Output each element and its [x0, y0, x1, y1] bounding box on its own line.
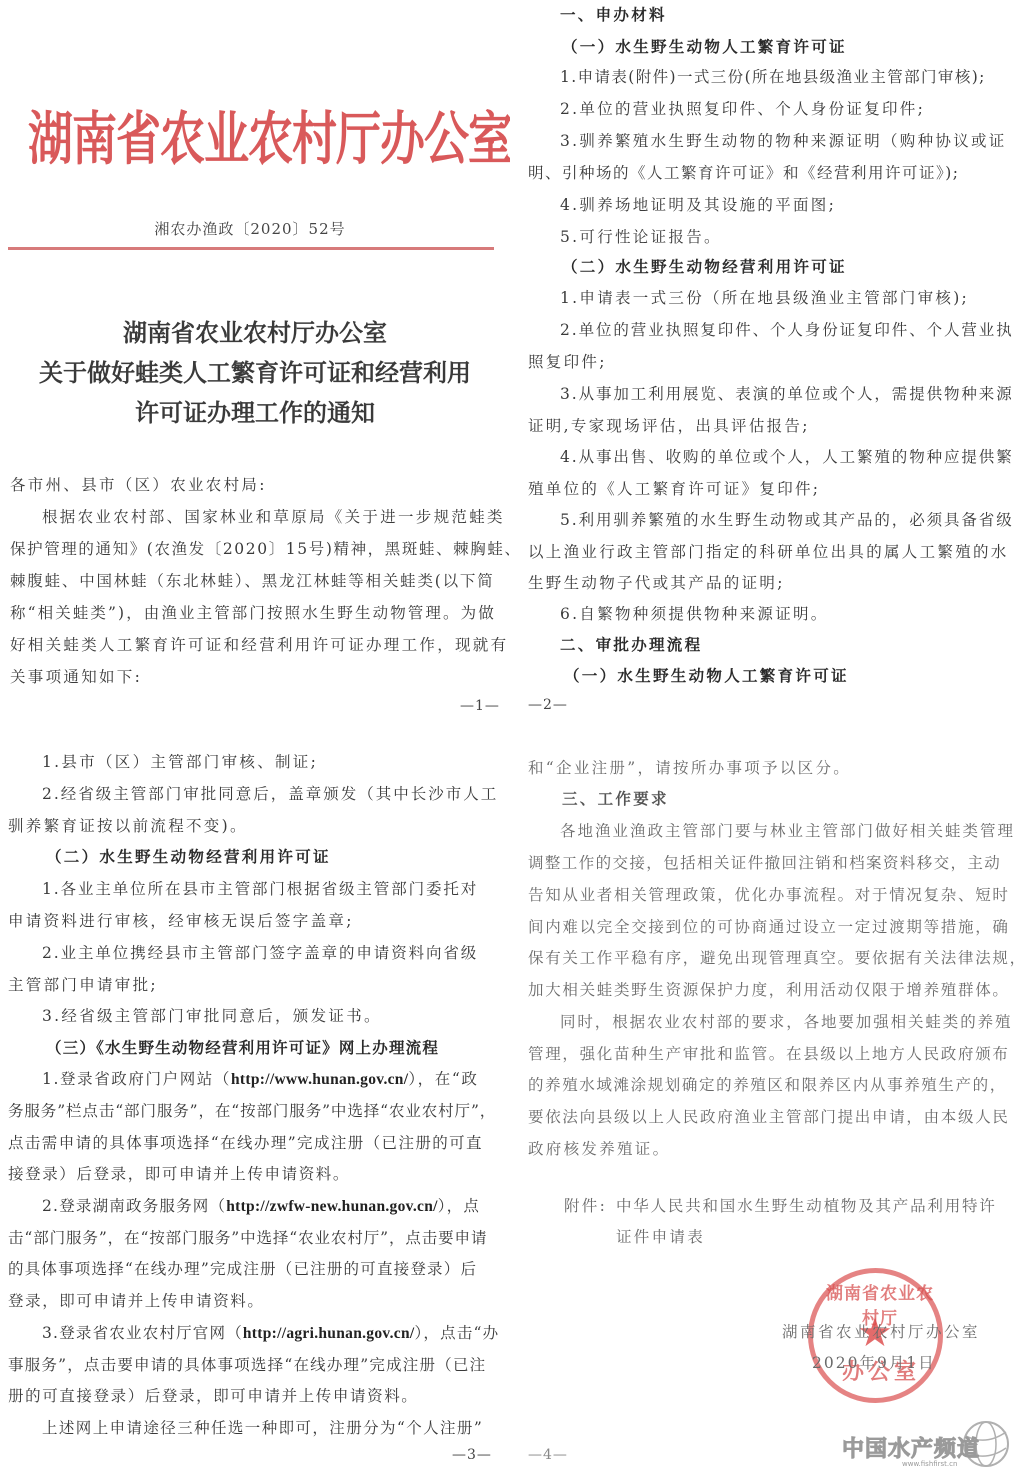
signature-date: 2020年9月1日 — [812, 1351, 936, 1373]
url-link[interactable]: http://agri.hunan.gov.cn/ — [243, 1325, 415, 1342]
body-line: 3.从事加工利用展览、表演的单位或个人，需提供物种来源 — [560, 383, 1014, 405]
body-line: 2.经省级主管部门审批同意后，盖章颁发（其中长沙市人工 — [42, 783, 498, 805]
body-line: 的养殖水域滩涂规划确定的养殖区和限养区内从事养殖生产的， — [528, 1074, 1007, 1096]
body-line: 务服务”栏点击“部门服务”，在“按部门服务”中选择“农业农村厅”， — [8, 1100, 496, 1122]
body-line: 2.单位的营业执照复印件、个人身份证复印件; — [560, 98, 925, 120]
body-line: 1.申请表一式三份（所在地县级渔业主管部门审核); — [560, 287, 969, 309]
subsection-heading: （一）水生野生动物人工繁育许可证 — [564, 665, 849, 687]
url-link[interactable]: http://www.hunan.gov.cn/ — [231, 1071, 408, 1088]
red-divider — [8, 247, 494, 250]
body-line: 驯养繁育证按以前流程不变)。 — [8, 815, 248, 837]
body-line: 上述网上申请途径三种任选一种即可，注册分为“个人注册” — [42, 1417, 483, 1439]
subsection-heading: （二）水生野生动物经营利用许可证 — [46, 846, 331, 868]
body-line: 册的可直接登录）后登录，即可申请并上传申请资料。 — [8, 1385, 418, 1407]
online-step-1: 1.登录省政府门户网站（http://www.hunan.gov.cn/），在“… — [42, 1068, 479, 1091]
page-4: 和“企业注册”，请按所办事项予以区分。 三、工作要求 各地渔业渔政主管部门要与林… — [510, 735, 1020, 1475]
body-line: 殖单位的《人工繁育许可证》复印件; — [528, 478, 820, 500]
body-line: 4.从事出售、收购的单位或个人，人工繁殖的物种应提供繁 — [560, 446, 1014, 468]
body-line: 事服务”，点击要申请的具体事项选择“在线办理”完成注册（已注 — [8, 1354, 486, 1376]
page-1: 湖南省农业农村厅办公室文件 湘农办渔政〔2020〕52号 湖南省农业农村厅办公室… — [0, 0, 510, 725]
body-line: 2.单位的营业执照复印件、个人身份证复印件、个人营业执 — [560, 319, 1014, 341]
section-heading: 一、申办材料 — [560, 4, 667, 26]
body-line: 根据农业农村部、国家林业和草原局《关于进一步规范蛙类 — [42, 506, 505, 528]
watermark-logo: 中国水产频道 www.fishfirst.cn — [842, 1418, 1017, 1473]
page-number: —3— — [452, 1447, 492, 1463]
body-line: 关事项通知如下: — [10, 666, 142, 688]
online-step-2: 2.登录湖南政务服务网（http://zwfw-new.hunan.gov.cn… — [42, 1195, 480, 1218]
body-line: 4.驯养场地证明及其设施的平面图; — [560, 194, 836, 216]
title-line: 许可证办理工作的通知 — [0, 393, 510, 433]
page-number: —1— — [460, 698, 500, 714]
body-line: 同时，根据农业农村部的要求，各地要加强相关蛙类的养殖 — [560, 1011, 1012, 1033]
body-line: 和“企业注册”，请按所办事项予以区分。 — [528, 757, 851, 779]
body-line: 生野生动物子代或其产品的证明; — [528, 572, 785, 594]
body-line: 以上渔业行政主管部门指定的科研单位出具的属人工繁殖的水 — [528, 541, 1009, 563]
watermark-text: 中国水产频道 — [842, 1432, 980, 1463]
notice-title: 湖南省农业农村厅办公室 关于做好蛙类人工繁育许可证和经营利用 许可证办理工作的通… — [0, 313, 510, 433]
body-line: 证明,专家现场评估，出具评估报告; — [528, 415, 810, 437]
body-line: 1.县市（区）主管部门审核、制证; — [42, 751, 318, 773]
body-line: 5.可行性论证报告。 — [560, 226, 722, 248]
subsection-heading: （三）《水生野生动物经营利用许可证》网上办理流程 — [46, 1037, 439, 1059]
body-line: 登录，即可申请并上传申请资料。 — [8, 1290, 265, 1312]
body-line: 3.经省级主管部门审批同意后，颁发证书。 — [42, 1005, 382, 1027]
body-line: 好相关蛙类人工繁育许可证和经营利用许可证办理工作，现就有 — [10, 634, 508, 656]
body-line: 的具体事项选择“在线办理”完成注册（已注册的可直接登录）后 — [8, 1258, 477, 1280]
body-line: 各地渔业渔政主管部门要与林业主管部门做好相关蛙类管理 — [560, 820, 1015, 842]
body-line: 6.自繁物种须提供物种来源证明。 — [560, 603, 829, 625]
body-line: 棘腹蛙、中国林蛙（东北林蛙）、黑龙江林蛙等相关蛙类(以下简 — [10, 570, 495, 592]
attachment-title: 中华人民共和国水生野生动植物及其产品利用特许 — [616, 1195, 997, 1217]
subsection-heading: （一）水生野生动物人工繁育许可证 — [562, 36, 847, 58]
body-line: 照复印件; — [528, 351, 607, 373]
page-2: 一、申办材料 （一）水生野生动物人工繁育许可证 1.申请表(附件)一式三份(所在… — [510, 0, 1020, 725]
attachment-label: 附件: — [564, 1195, 607, 1217]
body-line: 管理，强化苗种生产审批和监管。在县级以上地方人民政府颁布 — [528, 1043, 1010, 1065]
page-number: —2— — [528, 697, 568, 713]
section-heading: 二、审批办理流程 — [560, 634, 702, 656]
body-line: 告知从业者相关管理政策，优化办事流程。对于情况复杂、短时 — [528, 884, 1010, 906]
body-line: 接登录）后登录，即可申请并上传申请资料。 — [8, 1163, 350, 1185]
issuer-header: 湖南省农业农村厅办公室文件 — [28, 92, 488, 175]
body-line: 政府核发养殖证。 — [528, 1138, 670, 1160]
body-line: 2.业主单位携经县市主管部门签字盖章的申请资料向省级 — [42, 942, 478, 964]
url-link[interactable]: http://zwfw-new.hunan.gov.cn/ — [226, 1198, 438, 1215]
salutation: 各市州、县市（区）农业农村局: — [10, 474, 267, 496]
online-step-3: 3.登录省农业农村厅官网（http://agri.hunan.gov.cn/），… — [42, 1322, 499, 1345]
document-number: 湘农办渔政〔2020〕52号 — [0, 218, 500, 239]
body-line: 1.各业主单位所在县市主管部门根据省级主管部门委托对 — [42, 878, 478, 900]
title-line: 关于做好蛙类人工繁育许可证和经营利用 — [0, 353, 510, 393]
body-line: 1.申请表(附件)一式三份(所在地县级渔业主管部门审核); — [560, 66, 986, 88]
page-3: 1.县市（区）主管部门审核、制证; 2.经省级主管部门审批同意后，盖章颁发（其中… — [0, 735, 510, 1475]
body-line: 击“部门服务”，在“按部门服务”中选择“农业农村厅”，点击要申请 — [8, 1227, 487, 1249]
attachment-title: 证件申请表 — [616, 1226, 705, 1248]
body-line: 主管部门申请审批; — [8, 974, 158, 996]
page-number: —4— — [528, 1447, 568, 1463]
body-line: 保有关工作平稳有序，避免出现管理真空。要依据有关法律法规， — [528, 947, 1020, 969]
subsection-heading: （二）水生野生动物经营利用许可证 — [562, 256, 847, 278]
body-line: 要依法向县级以上人民政府渔业主管部门提出申请，由本级人民 — [528, 1106, 1010, 1128]
body-line: 保护管理的通知》(农渔发〔2020〕15号)精神，黑斑蛙、棘胸蛙、 — [10, 538, 510, 560]
body-line: 申请资料进行审核，经审核无误后签字盖章; — [8, 910, 354, 932]
body-line: 加大相关蛙类野生资源保护力度，利用活动仅限于增养殖群体。 — [528, 979, 1010, 1001]
body-line: 明、引种场的《人工繁育许可证》和《经营利用许可证》); — [528, 162, 960, 184]
body-line: 3.驯养繁殖水生野生动物的物种来源证明（购种协议或证 — [560, 130, 1007, 152]
body-line: 5.利用驯养繁殖的水生野生动物或其产品的，必须具备省级 — [560, 509, 1014, 531]
title-line: 湖南省农业农村厅办公室 — [0, 313, 510, 353]
body-line: 称“相关蛙类”)，由渔业主管部门按照水生野生动物管理。为做 — [10, 602, 496, 624]
section-heading: 三、工作要求 — [562, 788, 669, 810]
watermark-url: www.fishfirst.cn — [902, 1460, 957, 1468]
signature-organization: 湖南省农业农村厅办公室 — [782, 1320, 980, 1342]
body-line: 调整工作的交接，包括相关证件撤回注销和档案资料移交，主动 — [528, 852, 1001, 874]
body-line: 点击需申请的具体事项选择“在线办理”完成注册（已注册的可直 — [8, 1132, 483, 1154]
body-line: 间内难以完全交接到位的可协商通过设立一定过渡期等措施，确 — [528, 916, 1010, 938]
